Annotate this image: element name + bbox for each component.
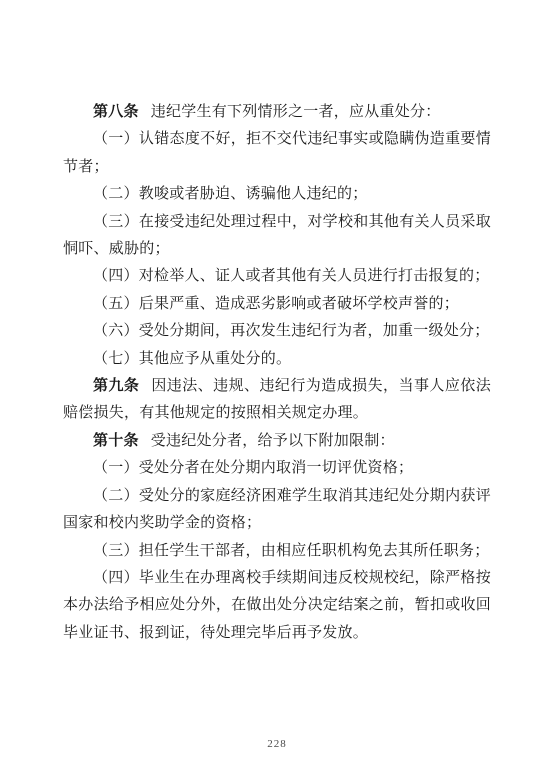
- list-item-paragraph: （七）其他应予从重处分的。: [63, 346, 491, 373]
- list-item-paragraph: （一）受处分者在处分期内取消一切评优资格；: [63, 455, 491, 482]
- document-content: 第八条违纪学生有下列情形之一者，应从重处分：（一）认错态度不好，拒不交代违纪事实…: [63, 99, 491, 647]
- paragraph-text: （一）受处分者在处分期内取消一切评优资格；: [93, 460, 413, 476]
- list-item-paragraph: （五）后果严重、造成恶劣影响或者破坏学校声誉的；: [63, 291, 491, 318]
- article-number-label: 第九条: [93, 378, 139, 394]
- list-item-paragraph: （三）在接受违纪处理过程中，对学校和其他有关人员采取恫吓、威胁的；: [63, 209, 491, 264]
- list-item-paragraph: （六）受处分期间，再次发生违纪行为者，加重一级处分；: [63, 318, 491, 345]
- article-paragraph: 第十条受违纪处分者，给予以下附加限制：: [63, 428, 491, 455]
- paragraph-text: （三）在接受违纪处理过程中，对学校和其他有关人员采取恫吓、威胁的；: [63, 214, 491, 257]
- article-paragraph: 第九条因违法、违规、违纪行为造成损失，当事人应依法赔偿损失，有其他规定的按照相关…: [63, 373, 491, 428]
- document-page: 第八条违纪学生有下列情形之一者，应从重处分：（一）认错态度不好，拒不交代违纪事实…: [0, 0, 554, 783]
- list-item-paragraph: （一）认错态度不好，拒不交代违纪事实或隐瞒伪造重要情节者；: [63, 126, 491, 181]
- list-item-paragraph: （二）教唆或者胁迫、诱骗他人违纪的；: [63, 181, 491, 208]
- paragraph-text: （二）受处分的家庭经济困难学生取消其违纪处分期内获评国家和校内奖助学金的资格；: [63, 488, 491, 531]
- article-paragraph: 第八条违纪学生有下列情形之一者，应从重处分：: [63, 99, 491, 126]
- paragraph-text: （四）对检举人、证人或者其他有关人员进行打击报复的；: [93, 268, 490, 284]
- paragraph-text: 违纪学生有下列情形之一者，应从重处分：: [151, 104, 441, 120]
- list-item-paragraph: （二）受处分的家庭经济困难学生取消其违纪处分期内获评国家和校内奖助学金的资格；: [63, 483, 491, 538]
- article-number-label: 第八条: [93, 104, 139, 120]
- page-number: 228: [0, 738, 554, 750]
- paragraph-text: （五）后果严重、造成恶劣影响或者破坏学校声誉的；: [93, 296, 459, 312]
- article-number-label: 第十条: [93, 433, 139, 449]
- list-item-paragraph: （四）毕业生在办理离校手续期间违反校规校纪，除严格按本办法给予相应处分外，在做出…: [63, 565, 491, 647]
- paragraph-text: （三）担任学生干部者，由相应任职机构免去其所任职务；: [93, 543, 490, 559]
- paragraph-text: （六）受处分期间，再次发生违纪行为者，加重一级处分；: [93, 323, 490, 339]
- paragraph-text: （四）毕业生在办理离校手续期间违反校规校纪，除严格按本办法给予相应处分外，在做出…: [63, 570, 491, 641]
- list-item-paragraph: （三）担任学生干部者，由相应任职机构免去其所任职务；: [63, 538, 491, 565]
- paragraph-text: （一）认错态度不好，拒不交代违纪事实或隐瞒伪造重要情节者；: [63, 131, 491, 174]
- paragraph-text: （二）教唆或者胁迫、诱骗他人违纪的；: [93, 186, 368, 202]
- paragraph-text: （七）其他应予从重处分的。: [93, 351, 291, 367]
- list-item-paragraph: （四）对检举人、证人或者其他有关人员进行打击报复的；: [63, 263, 491, 290]
- paragraph-text: 受违纪处分者，给予以下附加限制：: [151, 433, 395, 449]
